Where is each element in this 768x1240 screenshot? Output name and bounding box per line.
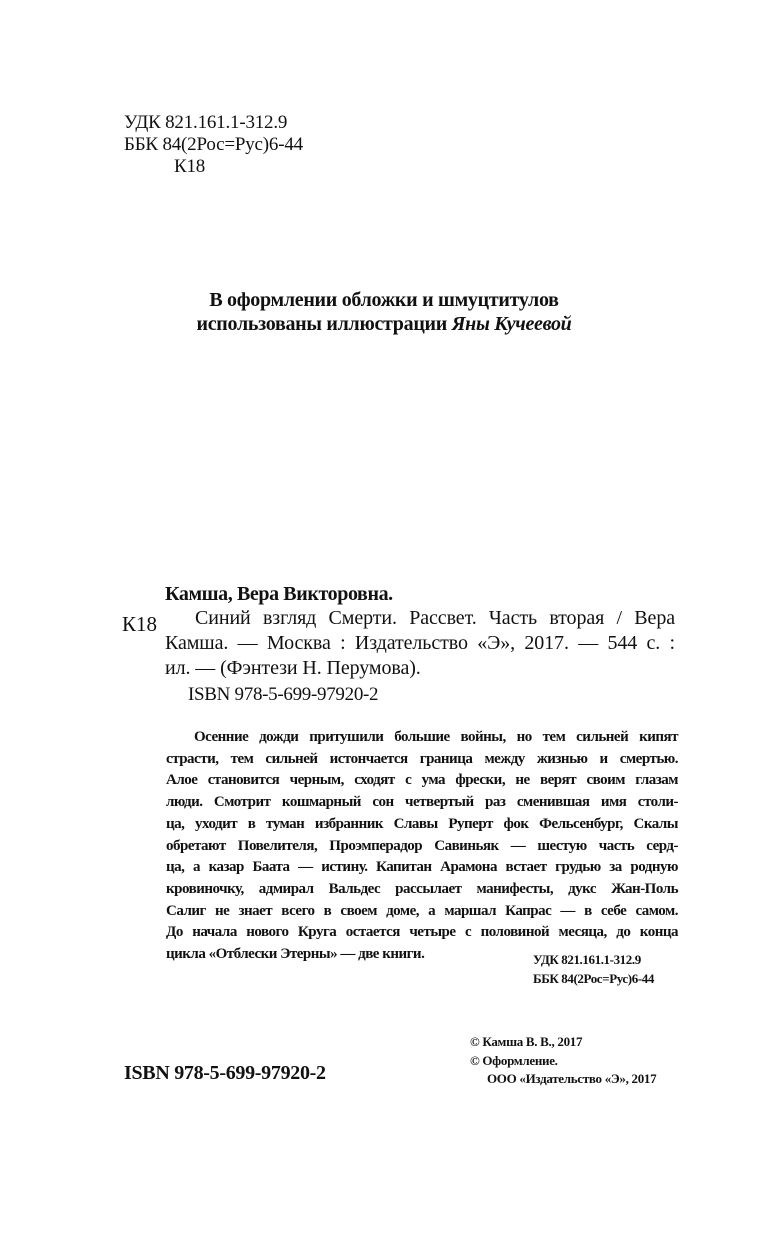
copyright-author: © Камша В. В., 2017 — [470, 1033, 656, 1052]
annotation-line: ца, а казар Баата — истину. Капитан Арам… — [166, 857, 678, 879]
annotation-line: До начала нового Круга остается четыре с… — [166, 922, 678, 944]
annotation: Осенние дожди притушили большие войны, н… — [166, 727, 678, 966]
bbk-code: ББК 84(2Рос=Рус)6-44 — [124, 134, 303, 156]
author-heading: Камша, Вера Викторовна. — [165, 583, 393, 606]
biblio-line: Синий взгляд Смерти. Рассвет. Часть втор… — [165, 606, 675, 631]
udk-code: УДК 821.161.1-312.9 — [124, 112, 303, 134]
illustration-credit-line-2: использованы иллюстрации Яны Кучеевой — [0, 312, 768, 336]
bibliographic-description: Синий взгляд Смерти. Рассвет. Часть втор… — [165, 606, 675, 681]
illustration-credit: В оформлении обложки и шмуцтитулов испол… — [0, 288, 768, 336]
classification-codes-footer: УДК 821.161.1-312.9 ББК 84(2Рос=Рус)6-44 — [533, 950, 654, 988]
annotation-line: кровиночку, адмирал Вальдес рассылает ма… — [166, 879, 678, 901]
isbn-record: ISBN 978-5-699-97920-2 — [188, 684, 378, 706]
annotation-line: люди. Смотрит кошмарный сон четвертый ра… — [166, 792, 678, 814]
copyright-publisher: ООО «Издательство «Э», 2017 — [470, 1070, 656, 1089]
udk-code-footer: УДК 821.161.1-312.9 — [533, 950, 654, 969]
copyright-notice: © Камша В. В., 2017 © Оформление. ООО «И… — [470, 1033, 656, 1089]
illustrator-name: Яны Кучеевой — [452, 313, 572, 335]
bbk-code-footer: ББК 84(2Рос=Рус)6-44 — [533, 969, 654, 988]
copyright-design: © Оформление. — [470, 1052, 656, 1071]
biblio-line: Камша. — Москва : Издательство «Э», 2017… — [165, 631, 675, 656]
illustration-credit-line-1: В оформлении обложки и шмуцтитулов — [0, 288, 768, 312]
annotation-line: ца, уходит в туман избранник Славы Рупер… — [166, 814, 678, 836]
annotation-line: обретают Повелителя, Проэмперадор Савинь… — [166, 836, 678, 858]
annotation-line: Осенние дожди притушили большие войны, н… — [166, 727, 678, 749]
author-mark-side: К18 — [122, 612, 157, 637]
classification-codes-header: УДК 821.161.1-312.9 ББК 84(2Рос=Рус)6-44… — [124, 112, 303, 178]
illustration-credit-prefix: использованы иллюстрации — [196, 313, 451, 335]
annotation-line: Салиг не знает всего в своем доме, а мар… — [166, 901, 678, 923]
biblio-line: ил. — (Фэнтези Н. Перумова). — [165, 656, 675, 681]
isbn-footer: ISBN 978-5-699-97920-2 — [124, 1062, 326, 1085]
author-mark: К18 — [124, 156, 303, 178]
annotation-line: страсти, тем сильней истончается граница… — [166, 749, 678, 771]
annotation-line: Алое становится черным, сходят с ума фре… — [166, 770, 678, 792]
